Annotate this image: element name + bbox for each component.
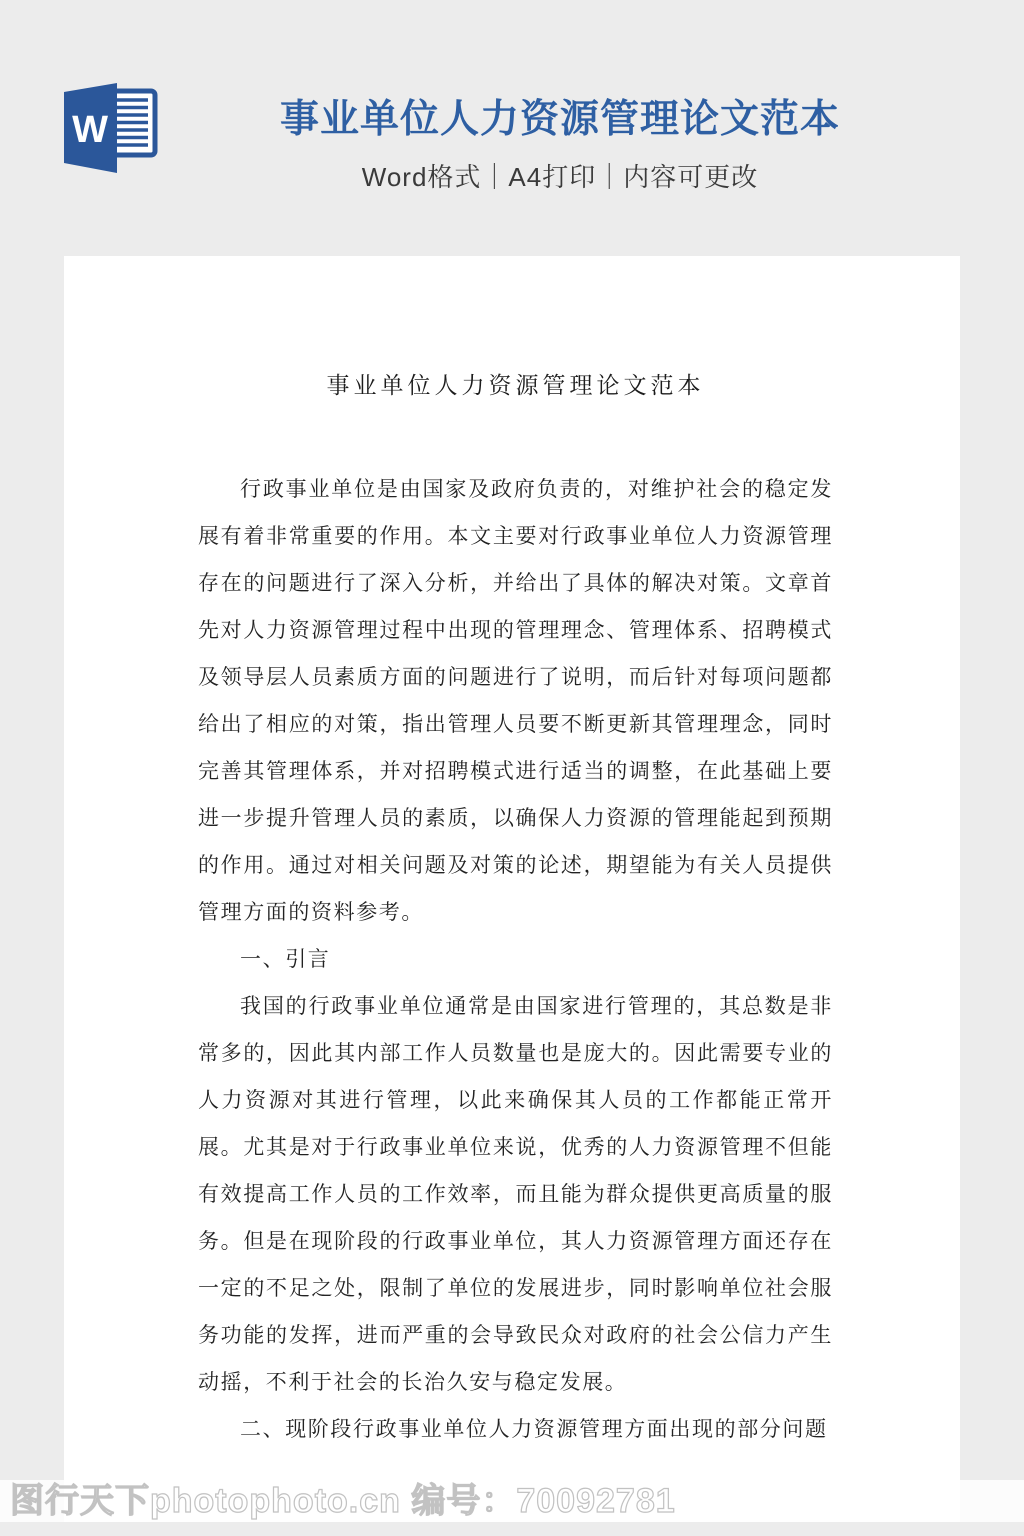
- section-heading-introduction: 一、引言: [198, 936, 833, 983]
- paragraph-introduction: 我国的行政事业单位通常是由国家进行管理的，其总数是非常多的，因此其内部工作人员数…: [198, 983, 833, 1406]
- section-heading-problems: 二、现阶段行政事业单位人力资源管理方面出现的部分问题: [198, 1406, 833, 1453]
- document-title: 事业单位人力资源管理论文范本: [198, 368, 833, 404]
- header-subtitle: Word格式｜A4打印｜内容可更改: [96, 160, 1024, 194]
- watermark-text: 图行天下photophoto.cn 编号：70092781: [10, 1481, 676, 1521]
- header-text-block: 事业单位人力资源管理论文范本 Word格式｜A4打印｜内容可更改: [96, 96, 1024, 194]
- watermark-bar: 图行天下photophoto.cn 编号：70092781: [0, 1480, 1024, 1522]
- paragraph-abstract: 行政事业单位是由国家及政府负责的，对维护社会的稳定发展有着非常重要的作用。本文主…: [198, 466, 833, 936]
- document-page: 事业单位人力资源管理论文范本 行政事业单位是由国家及政府负责的，对维护社会的稳定…: [64, 256, 960, 1522]
- header-title: 事业单位人力资源管理论文范本: [96, 96, 1024, 144]
